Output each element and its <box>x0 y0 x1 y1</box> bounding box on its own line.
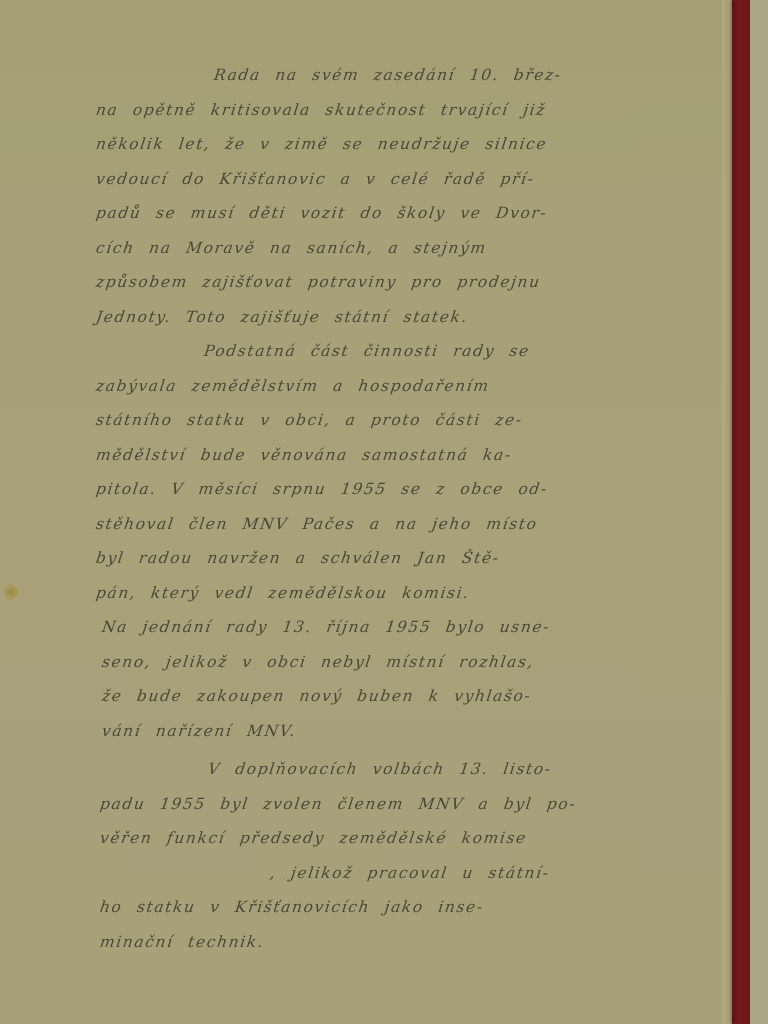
text-line: státního statku v obci, a proto části ze… <box>94 403 629 438</box>
text-line: Rada na svém zasedání 10. břez- <box>94 58 629 93</box>
photo-scene: Rada na svém zasedání 10. břez- na opětn… <box>0 0 768 1024</box>
text-line: vání nařízení MNV. <box>94 714 629 749</box>
text-line: stěhoval člen MNV Pačes a na jeho místo <box>94 507 629 542</box>
text-line: na opětně kritisovala skutečnost trvajíc… <box>94 93 629 128</box>
text-line: způsobem zajišťovat potraviny pro prodej… <box>94 265 629 300</box>
page-edge <box>722 0 730 1024</box>
text-line: ho statku v Křišťanovicích jako inse- <box>94 890 629 925</box>
text-line: pán, který vedl zemědělskou komisi. <box>94 576 629 611</box>
text-line: padů se musí děti vozit do školy ve Dvor… <box>94 196 629 231</box>
text-line: byl radou navržen a schválen Jan Ště- <box>94 541 629 576</box>
text-line: několik let, že v zimě se neudržuje siln… <box>94 127 629 162</box>
text-line: zabývala zemědělstvím a hospodařením <box>94 369 629 404</box>
text-line: Na jednání rady 13. října 1955 bylo usne… <box>94 610 629 645</box>
text-line: V doplňovacích volbách 13. listo- <box>94 752 629 787</box>
book-cover-binding <box>732 0 750 1024</box>
paper-stain <box>4 584 18 600</box>
text-line: věřen funkcí předsedy zemědělské komise <box>94 821 629 856</box>
notebook-page: Rada na svém zasedání 10. břez- na opětn… <box>0 0 722 1024</box>
text-line: padu 1955 byl zvolen členem MNV a byl po… <box>94 787 629 822</box>
text-line: seno, jelikož v obci nebyl místní rozhla… <box>94 645 629 680</box>
text-line: vedoucí do Křišťanovic a v celé řadě pří… <box>94 162 629 197</box>
text-line: Podstatná část činnosti rady se <box>94 334 629 369</box>
text-line: Jednoty. Toto zajišťuje státní statek. <box>94 300 629 335</box>
text-line: , jelikož pracoval u státní- <box>94 856 629 891</box>
handwritten-text: Rada na svém zasedání 10. břez- na opětn… <box>96 58 626 959</box>
text-line: cích na Moravě na saních, a stejným <box>94 231 629 266</box>
text-line: pitola. V měsíci srpnu 1955 se z obce od… <box>94 472 629 507</box>
text-line: že bude zakoupen nový buben k vyhlašo- <box>94 679 629 714</box>
text-line: mědělství bude věnována samostatná ka- <box>94 438 629 473</box>
text-line: minační technik. <box>94 925 629 960</box>
background-surface <box>750 0 768 1024</box>
